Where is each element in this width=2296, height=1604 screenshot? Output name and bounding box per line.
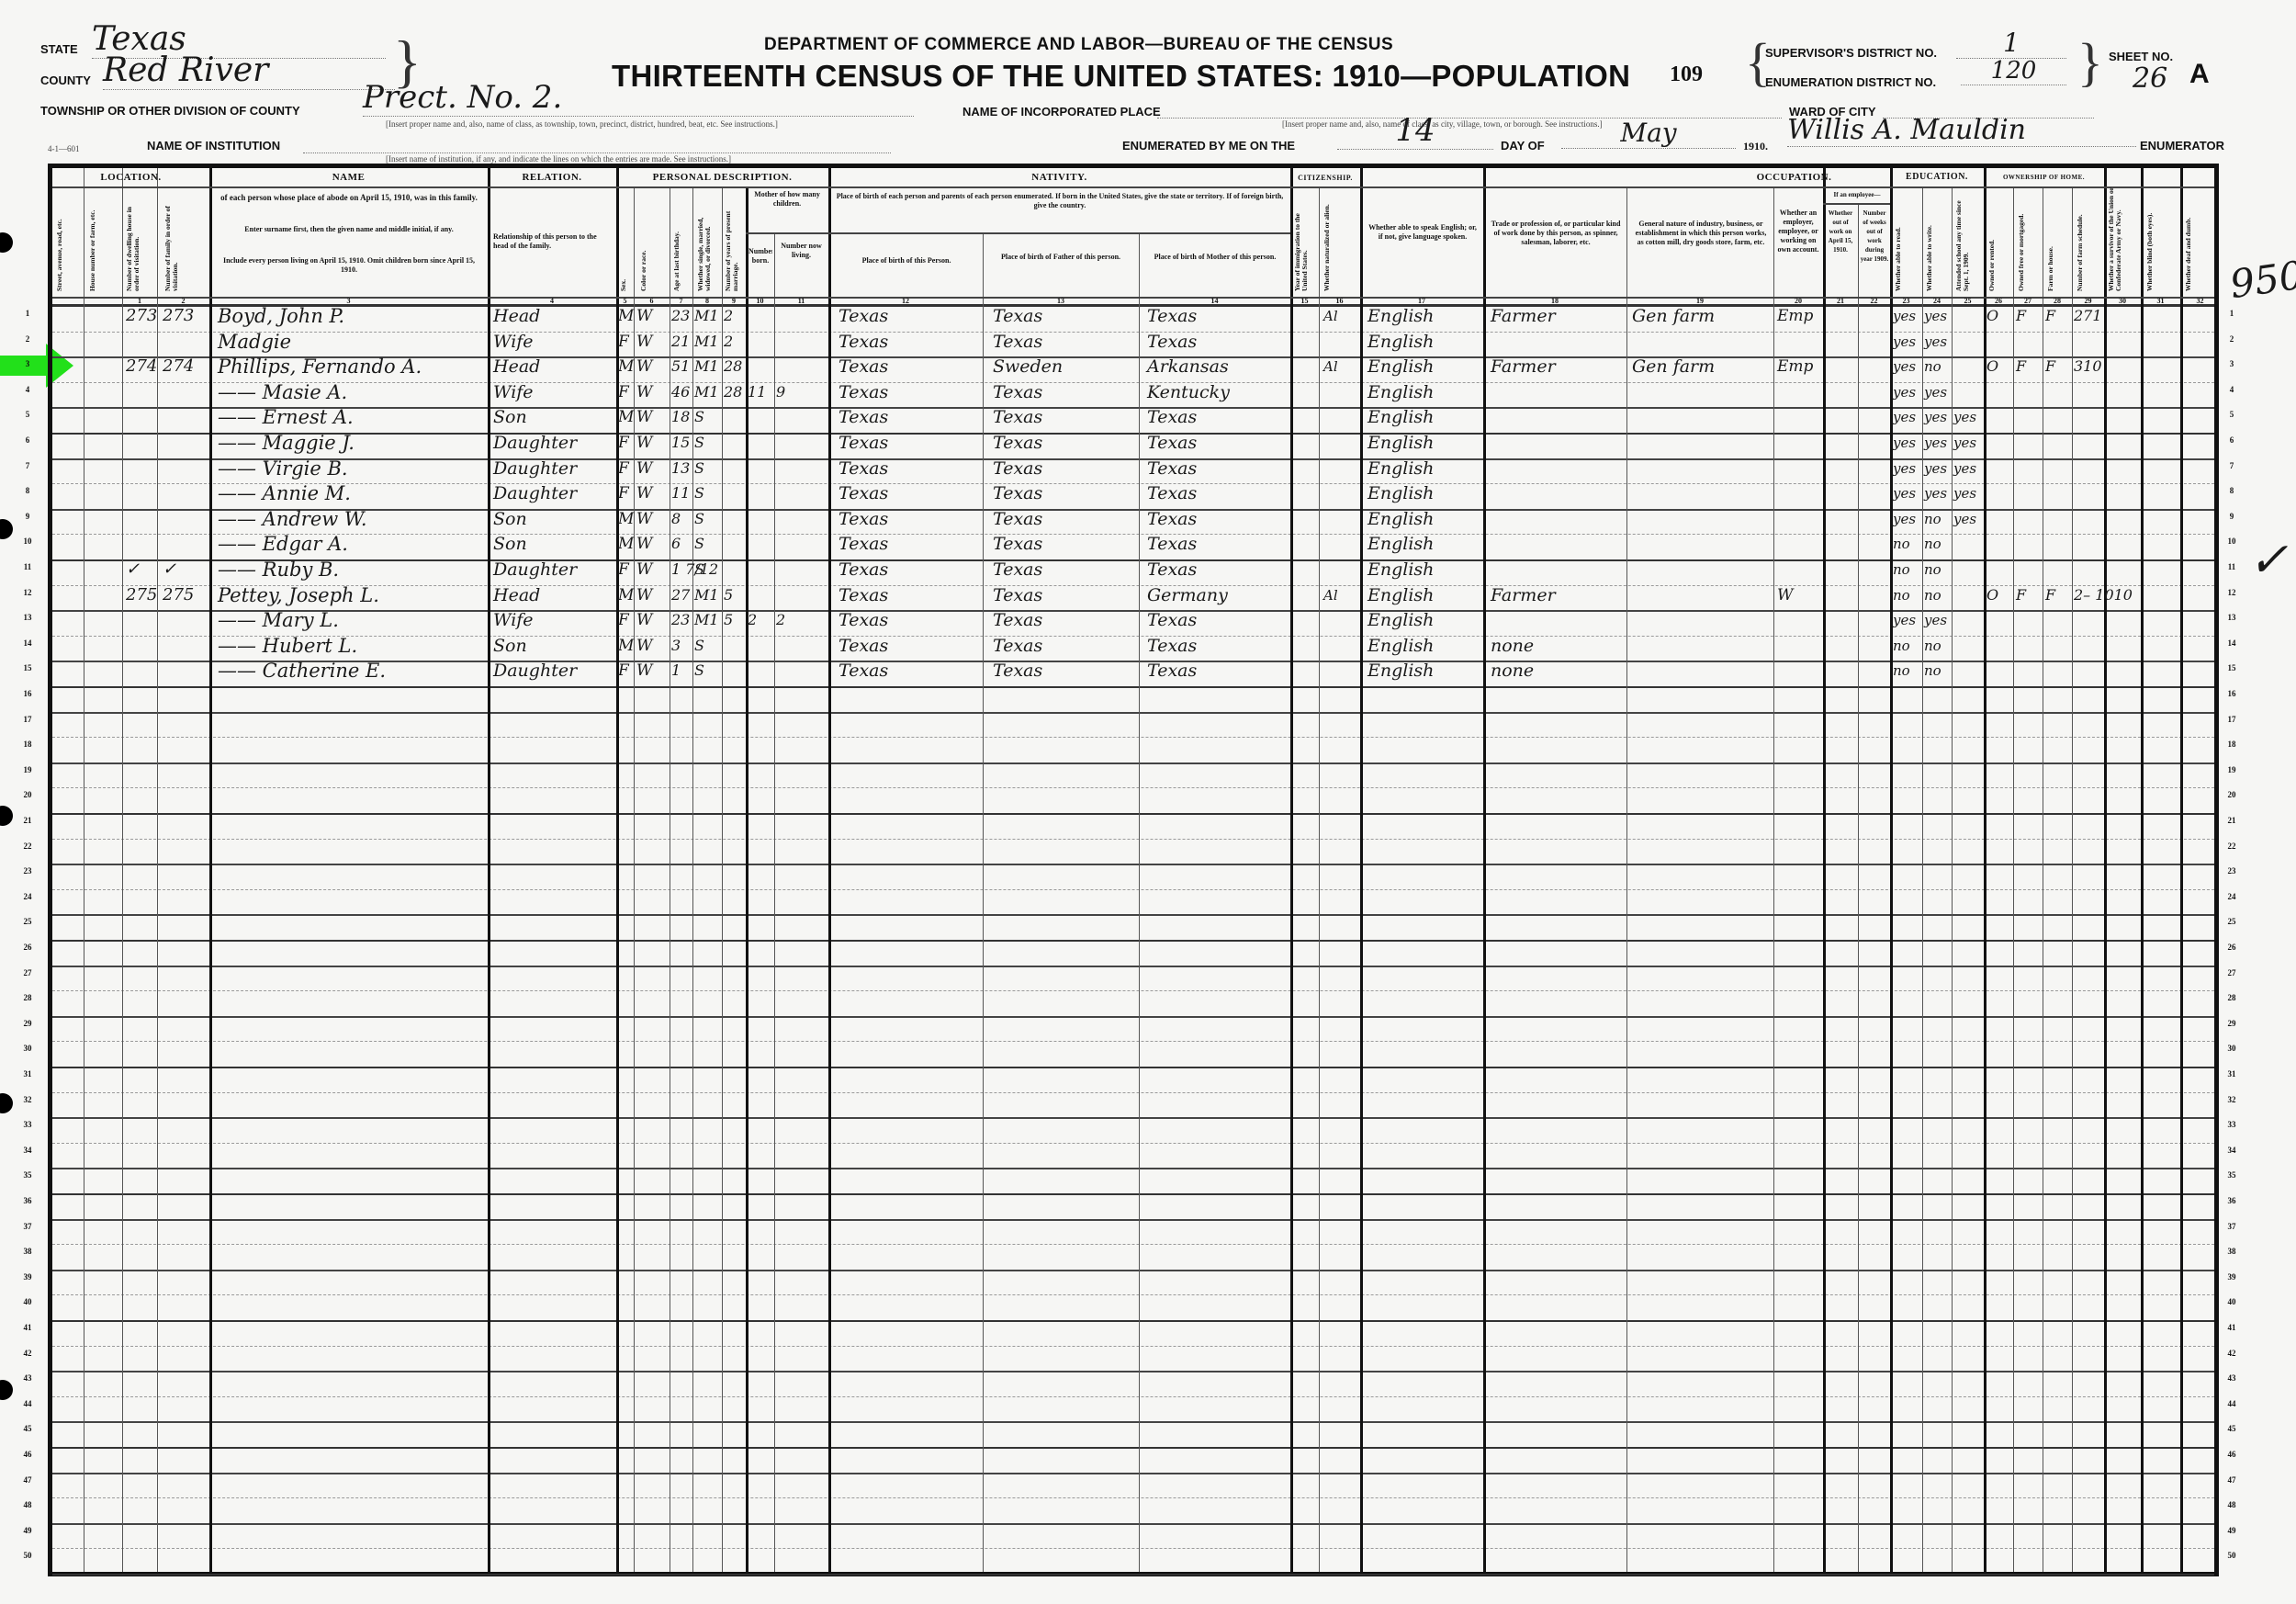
cell-mother-birthplace: Germany	[1147, 583, 1287, 607]
cell-name: —— Maggie J.	[218, 431, 486, 455]
binder-hole	[0, 519, 13, 539]
line-number: 50	[18, 1551, 37, 1560]
cell-race: W	[636, 558, 668, 582]
line-number: 41	[2223, 1323, 2241, 1332]
margin-note: 9500	[2227, 249, 2296, 307]
header-marital: Whether single, married, widowed, or div…	[697, 192, 719, 291]
line-number: 49	[18, 1526, 37, 1535]
census-table: LOCATION. NAME RELATION. PERSONAL DESCRI…	[48, 164, 2219, 1576]
sheet-value: 26	[2133, 62, 2167, 95]
county-label: County	[40, 73, 91, 87]
header-father-birthplace: Place of birth of Father of this person.	[989, 253, 1132, 262]
cell-marital: S	[694, 405, 722, 429]
cell-read: no	[1893, 532, 1922, 556]
cell-trade: none	[1491, 659, 1625, 683]
cell-write: no	[1924, 532, 1952, 556]
cell-read: no	[1893, 583, 1922, 607]
cell-age: 11	[671, 481, 693, 505]
cell-race: W	[636, 659, 668, 683]
cell-read: no	[1893, 659, 1922, 683]
cell-marital: S	[694, 558, 722, 582]
cell-mother-birthplace: Texas	[1147, 634, 1287, 658]
column-number: 15	[1290, 297, 1319, 305]
cell-born: 2	[748, 608, 773, 632]
checkmark-annotation: ✓	[2248, 533, 2289, 588]
cell-industry: Gen farm	[1632, 355, 1770, 378]
cell-write: yes	[1924, 330, 1952, 354]
header-naturalized: Whether naturalized or alien.	[1323, 192, 1356, 291]
sheet-side: A	[2189, 59, 2210, 90]
cell-mother-birthplace: Texas	[1147, 659, 1287, 683]
header-dwelling-number: Number of dwelling house in order of vis…	[126, 192, 153, 291]
cell-write: yes	[1924, 405, 1952, 429]
line-number: 11	[18, 562, 37, 571]
cell-age: 8	[671, 507, 693, 531]
cell-father-birthplace: Texas	[993, 330, 1135, 354]
cell-school: yes	[1953, 431, 1983, 455]
cell-mother-birthplace: Texas	[1147, 330, 1287, 354]
table-row: —— Virgie B.DaughterFW13STexasTexasTexas…	[52, 458, 2214, 484]
cell-family: ✓	[163, 558, 207, 582]
line-number: 45	[2223, 1424, 2241, 1433]
line-number: 12	[18, 588, 37, 597]
cell-name: —— Ruby B.	[218, 558, 486, 582]
cell-name: —— Annie M.	[218, 481, 486, 505]
cell-language: English	[1367, 583, 1481, 607]
cell-farm: F	[2045, 583, 2071, 607]
cell-age: 23	[671, 304, 693, 328]
cell-age: 46	[671, 380, 693, 404]
county-value: Red River	[103, 51, 395, 90]
cell-write: yes	[1924, 431, 1952, 455]
cell-language: English	[1367, 507, 1481, 531]
header-language: Whether able to speak English; or, if no…	[1366, 223, 1480, 242]
line-number: 8	[18, 486, 37, 495]
line-number: 27	[2223, 968, 2241, 977]
cell-mother-birthplace: Texas	[1147, 457, 1287, 480]
cell-age: 6	[671, 532, 693, 556]
cell-living: 9	[776, 380, 813, 404]
line-number: 35	[18, 1170, 37, 1180]
header-owned-rented: Owned or rented.	[1988, 192, 2010, 291]
cell-mother-birthplace: Texas	[1147, 481, 1287, 505]
cell-relation: Head	[493, 304, 613, 328]
cell-birthplace: Texas	[838, 355, 976, 378]
cell-language: English	[1367, 330, 1481, 354]
cell-marital: S	[694, 659, 722, 683]
cell-marital: M1	[694, 583, 722, 607]
line-number: 22	[2223, 842, 2241, 851]
cell-farm: F	[2045, 304, 2071, 328]
cell-father-birthplace: Texas	[993, 481, 1135, 505]
line-number: 21	[2223, 816, 2241, 825]
line-number: 6	[2223, 435, 2241, 445]
cell-relation: Daughter	[493, 558, 613, 582]
line-number: 37	[2223, 1222, 2241, 1231]
line-number: 20	[18, 790, 37, 799]
cell-years-married: 2	[724, 330, 746, 354]
cell-mother-birthplace: Texas	[1147, 405, 1287, 429]
cell-birthplace: Texas	[838, 431, 976, 455]
cell-write: yes	[1924, 380, 1952, 404]
cell-relation: Son	[493, 507, 613, 531]
line-number: 1	[2223, 309, 2241, 318]
table-row: MadgieWifeFW21M12TexasTexasTexasEnglishy…	[52, 332, 2214, 357]
cell-marital: S	[694, 481, 722, 505]
header-race: Color or race.	[640, 192, 666, 291]
cell-sex: M	[618, 304, 633, 328]
line-number: 42	[2223, 1349, 2241, 1358]
cell-mother-birthplace: Texas	[1147, 507, 1287, 531]
line-number: 3	[2223, 359, 2241, 368]
table-row: 274274Phillips, Fernando A.HeadMW51M128T…	[52, 356, 2214, 382]
township-hint: [Insert proper name and, also, name of c…	[386, 119, 778, 129]
cell-family: 275	[163, 583, 207, 607]
line-number: 33	[2223, 1120, 2241, 1129]
line-number: 9	[18, 512, 37, 521]
line-number: 30	[18, 1044, 37, 1053]
cell-dwelling: 273	[126, 304, 155, 328]
cell-age: 27	[671, 583, 693, 607]
line-number: 32	[2223, 1095, 2241, 1104]
cell-father-birthplace: Texas	[993, 405, 1135, 429]
header-name-a: of each person whose place of abode on A…	[218, 192, 480, 204]
institution-value	[303, 140, 891, 153]
line-number: 29	[2223, 1019, 2241, 1028]
line-number: 2	[18, 334, 37, 344]
table-row: —— Masie A.WifeFW46M128119TexasTexasKent…	[52, 382, 2214, 408]
cell-father-birthplace: Texas	[993, 583, 1135, 607]
line-number: 43	[2223, 1373, 2241, 1383]
cell-citizen-mark: Al	[1323, 583, 1358, 607]
cell-marital: M1	[694, 304, 722, 328]
cell-sex: F	[618, 558, 633, 582]
supervisors-district-label: Supervisor's District No.	[1765, 46, 1937, 60]
cell-language: English	[1367, 457, 1481, 480]
line-number: 39	[2223, 1272, 2241, 1282]
cell-relation: Son	[493, 532, 613, 556]
cell-read: yes	[1893, 457, 1922, 480]
line-number: 34	[2223, 1146, 2241, 1155]
department-title: DEPARTMENT OF COMMERCE AND LABOR—BUREAU …	[764, 35, 1393, 55]
header-trade: Trade or profession of, or particular ki…	[1489, 220, 1623, 247]
cell-language: English	[1367, 634, 1481, 658]
line-number: 27	[18, 968, 37, 977]
group-ownership: OWNERSHIP OF HOME.	[1984, 174, 2104, 181]
cell-trade: none	[1491, 634, 1625, 658]
line-number: 40	[18, 1297, 37, 1306]
cell-marital: S	[694, 431, 722, 455]
cell-family: 273	[163, 304, 207, 328]
table-row: —— Edgar A.SonMW6STexasTexasTexasEnglish…	[52, 534, 2214, 559]
cell-sex: M	[618, 355, 633, 378]
cell-marital: M1	[694, 380, 722, 404]
line-number: 16	[18, 689, 37, 698]
sheet-label: Sheet No.	[2109, 50, 2173, 63]
cell-race: W	[636, 583, 668, 607]
cell-birthplace: Texas	[838, 457, 976, 480]
line-number: 48	[2223, 1500, 2241, 1509]
cell-language: English	[1367, 405, 1481, 429]
cell-class: Emp	[1777, 355, 1821, 378]
line-number: 47	[2223, 1475, 2241, 1485]
line-number: 5	[2223, 410, 2241, 419]
ward-value	[1883, 105, 2094, 119]
cell-marital: S	[694, 532, 722, 556]
cell-mother-birthplace: Texas	[1147, 431, 1287, 455]
header-farm-house: Farm or house.	[2047, 192, 2069, 291]
header-mother-birthplace: Place of birth of Mother of this person.	[1145, 253, 1285, 262]
cell-marital: S	[694, 634, 722, 658]
cell-father-birthplace: Texas	[993, 558, 1135, 582]
cell-sex: F	[618, 457, 633, 480]
cell-language: English	[1367, 380, 1481, 404]
cell-birthplace: Texas	[838, 304, 976, 328]
cell-race: W	[636, 532, 668, 556]
cell-sex: M	[618, 583, 633, 607]
line-number: 18	[18, 740, 37, 749]
cell-relation: Wife	[493, 330, 613, 354]
census-title: THIRTEENTH CENSUS OF THE UNITED STATES: …	[612, 59, 1630, 94]
line-number: 34	[18, 1146, 37, 1155]
cell-write: no	[1924, 583, 1952, 607]
line-number: 47	[18, 1475, 37, 1485]
cell-dwelling: 274	[126, 355, 155, 378]
line-number: 28	[18, 993, 37, 1002]
header-street: Street, avenue, road, etc.	[56, 192, 80, 291]
cell-relation: Daughter	[493, 457, 613, 480]
cell-language: English	[1367, 608, 1481, 632]
cell-family: 274	[163, 355, 207, 378]
cell-race: W	[636, 457, 668, 480]
cell-name: —— Virgie B.	[218, 457, 486, 480]
line-number: 42	[18, 1349, 37, 1358]
header-children-born: Number born.	[748, 247, 772, 265]
cell-mother-birthplace: Texas	[1147, 304, 1287, 328]
line-number: 23	[2223, 866, 2241, 875]
header-weeks-out: Number of weeks out of work during year …	[1860, 209, 1889, 264]
cell-dwelling: ✓	[126, 558, 155, 582]
cell-sex: M	[618, 507, 633, 531]
header-birthplace: Place of birth of this Person.	[835, 256, 978, 265]
table-row: —— Annie M.DaughterFW11STexasTexasTexasE…	[52, 483, 2214, 509]
line-number: 48	[18, 1500, 37, 1509]
cell-schedule: 310	[2074, 355, 2166, 378]
group-name: NAME	[209, 172, 488, 183]
cell-marital: S	[694, 457, 722, 480]
cell-write: no	[1924, 558, 1952, 582]
line-number: 17	[18, 715, 37, 724]
line-number: 1	[18, 309, 37, 318]
cell-race: W	[636, 481, 668, 505]
cell-mother-birthplace: Texas	[1147, 532, 1287, 556]
binder-hole	[0, 1380, 13, 1400]
binder-hole	[0, 806, 13, 826]
line-number: 2	[2223, 334, 2241, 344]
table-row: ✓✓—— Ruby B.DaughterFW1 7/12STexasTexasT…	[52, 559, 2214, 585]
line-number: 33	[18, 1120, 37, 1129]
enumerated-day: 14	[1337, 112, 1493, 150]
cell-name: —— Mary L.	[218, 608, 486, 632]
cell-age: 15	[671, 431, 693, 455]
line-number: 43	[18, 1373, 37, 1383]
cell-sex: M	[618, 532, 633, 556]
line-number: 41	[18, 1323, 37, 1332]
ward-label: Ward of city	[1789, 105, 1876, 119]
column-number: 10	[746, 297, 774, 305]
line-number: 4	[2223, 385, 2241, 394]
header-read: Whether able to read.	[1895, 192, 1919, 291]
cell-name: —— Hubert L.	[218, 634, 486, 658]
cell-read: yes	[1893, 304, 1922, 328]
cell-race: W	[636, 507, 668, 531]
line-number: 49	[2223, 1526, 2241, 1535]
cell-relation: Wife	[493, 608, 613, 632]
cell-mother-birthplace: Kentucky	[1147, 380, 1287, 404]
cell-industry: Gen farm	[1632, 304, 1770, 328]
cell-trade: Farmer	[1491, 355, 1625, 378]
cell-sex: F	[618, 659, 633, 683]
enumeration-district-label: Enumeration District No.	[1765, 75, 1936, 89]
line-number: 24	[18, 892, 37, 901]
cell-free: F	[2016, 355, 2042, 378]
header-industry: General nature of industry, business, or…	[1632, 220, 1770, 247]
line-number: 30	[2223, 1044, 2241, 1053]
form-code: 4-1—601	[48, 144, 80, 153]
table-row: 273273Boyd, John P.HeadMW23M12TexasTexas…	[52, 306, 2214, 332]
cell-write: no	[1924, 355, 1952, 378]
cell-read: yes	[1893, 330, 1922, 354]
line-number: 15	[18, 663, 37, 672]
cell-school: yes	[1953, 481, 1983, 505]
line-number: 39	[18, 1272, 37, 1282]
cell-dwelling: 275	[126, 583, 155, 607]
cell-sex: F	[618, 380, 633, 404]
cell-owned: O	[1986, 304, 2012, 328]
line-number: 25	[18, 917, 37, 926]
line-number: 14	[18, 638, 37, 648]
cell-years-married: 5	[724, 608, 746, 632]
cell-language: English	[1367, 304, 1481, 328]
table-row: —— Hubert L.SonMW3STexasTexasTexasEnglis…	[52, 636, 2214, 661]
line-number: 10	[18, 537, 37, 546]
table-row: 275275Pettey, Joseph L.HeadMW27M15TexasT…	[52, 585, 2214, 611]
header-deaf-dumb: Whether deaf and dumb.	[2185, 172, 2214, 291]
group-citizenship: CITIZENSHIP.	[1290, 174, 1360, 182]
cell-relation: Head	[493, 355, 613, 378]
cell-write: no	[1924, 507, 1952, 531]
cell-birthplace: Texas	[838, 659, 976, 683]
line-number: 3	[18, 359, 37, 368]
cell-relation: Daughter	[493, 659, 613, 683]
cell-race: W	[636, 355, 668, 378]
cell-relation: Daughter	[493, 481, 613, 505]
cell-relation: Son	[493, 405, 613, 429]
binder-hole	[0, 1093, 13, 1113]
line-number: 23	[18, 866, 37, 875]
cell-race: W	[636, 304, 668, 328]
cell-birthplace: Texas	[838, 558, 976, 582]
line-number: 21	[18, 816, 37, 825]
column-number: 32	[2180, 297, 2220, 305]
table-row: —— Mary L.WifeFW23M1522TexasTexasTexasEn…	[52, 610, 2214, 636]
cell-school: yes	[1953, 457, 1983, 480]
cell-school: yes	[1953, 507, 1983, 531]
enumerator-name: Willis A. Mauldin	[1787, 114, 2136, 147]
cell-name: Phillips, Fernando A.	[218, 355, 486, 378]
institution-label: Name of institution	[147, 139, 280, 152]
line-number: 38	[2223, 1247, 2241, 1256]
cell-name: Madgie	[218, 330, 486, 354]
cell-name: —— Ernest A.	[218, 405, 486, 429]
cell-name: —— Andrew W.	[218, 507, 486, 531]
header-veteran: Whether a survivor of the Union or Confe…	[2108, 172, 2139, 291]
cell-mother-birthplace: Texas	[1147, 558, 1287, 582]
cell-schedule: 2– 1010	[2074, 583, 2212, 607]
line-number: 7	[18, 461, 37, 470]
cell-years-married: 2	[724, 304, 746, 328]
cell-relation: Son	[493, 634, 613, 658]
line-number: 29	[18, 1019, 37, 1028]
cell-father-birthplace: Texas	[993, 608, 1135, 632]
group-education: EDUCATION.	[1890, 172, 1984, 182]
cell-name: Boyd, John P.	[218, 304, 486, 328]
cell-owned: O	[1986, 583, 2012, 607]
institution-hint: [Insert name of institution, if any, and…	[386, 154, 731, 164]
cell-birthplace: Texas	[838, 583, 976, 607]
header-name-b: Enter surname first, then the given name…	[218, 225, 480, 234]
line-number: 38	[18, 1247, 37, 1256]
cell-name: —— Masie A.	[218, 380, 486, 404]
cell-read: yes	[1893, 355, 1922, 378]
cell-mother-birthplace: Arkansas	[1147, 355, 1287, 378]
header-out-of-work: Whether out of work on April 15, 1910.	[1825, 209, 1856, 254]
cell-read: yes	[1893, 431, 1922, 455]
line-number: 31	[18, 1069, 37, 1079]
line-number: 20	[2223, 790, 2241, 799]
cell-age: 3	[671, 634, 693, 658]
cell-language: English	[1367, 355, 1481, 378]
table-row: —— Andrew W.SonMW8STexasTexasTexasEnglis…	[52, 509, 2214, 535]
cell-read: yes	[1893, 405, 1922, 429]
line-number: 35	[2223, 1170, 2241, 1180]
cell-sex: F	[618, 330, 633, 354]
cell-sex: F	[618, 481, 633, 505]
cell-name: —— Catherine E.	[218, 659, 486, 683]
cell-mother-birthplace: Texas	[1147, 608, 1287, 632]
line-number: 24	[2223, 892, 2241, 901]
line-number: 28	[2223, 993, 2241, 1002]
cell-age: 21	[671, 330, 693, 354]
cell-sex: F	[618, 431, 633, 455]
line-number: 45	[18, 1424, 37, 1433]
day-of-label: day of	[1501, 139, 1545, 152]
cell-free: F	[2016, 304, 2042, 328]
line-number: 8	[2223, 486, 2241, 495]
census-year: 1910.	[1743, 140, 1768, 153]
cell-write: no	[1924, 634, 1952, 658]
cell-birthplace: Texas	[838, 608, 976, 632]
cell-write: yes	[1924, 481, 1952, 505]
header-blind: Whether blind (both eyes).	[2146, 172, 2176, 291]
table-row: —— Catherine E.DaughterFW1STexasTexasTex…	[52, 661, 2214, 686]
line-number: 17	[2223, 715, 2241, 724]
cell-birthplace: Texas	[838, 507, 976, 531]
header-house-number: House number or farm, etc.	[89, 192, 117, 291]
header-age: Age at last birthday.	[673, 192, 690, 291]
cell-years-married: 28	[724, 380, 746, 404]
line-number: 36	[18, 1196, 37, 1205]
